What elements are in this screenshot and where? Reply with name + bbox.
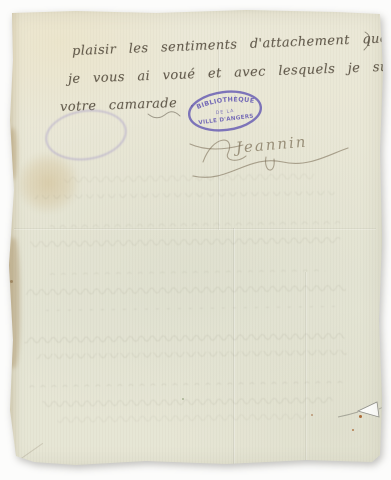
bottom-left-fold-line [5,443,43,470]
handwriting-line-2: je vous ai voué et avec lesquels je suis [68,59,391,87]
signature-text: Jeannin [232,133,308,157]
horizontal-crease [14,228,376,229]
rust-speck-1 [359,415,362,418]
handwriting-line-1: plaisir les sentiments d'attachement que [72,31,388,59]
flourish-after-camarade [148,112,180,118]
edge-speck [10,280,13,283]
vertical-crease-lower [233,228,234,465]
showthrough-lines [22,168,348,427]
letter-paper-shadow: plaisir les sentiments d'attachement que… [6,10,383,467]
rust-speck-2 [352,429,354,431]
left-edge-smudge-upper [7,128,17,180]
vertical-crease-right [305,272,306,466]
scanned-letter-background: plaisir les sentiments d'attachement que… [0,0,391,480]
signature: Jeannin [188,122,358,190]
stain-blob [16,152,80,214]
green-speck [182,398,184,400]
rust-speck-3 [311,414,313,416]
stamp-text-middle: DE LA [215,108,234,116]
left-edge-discoloration [6,10,21,467]
left-edge-smudge [6,238,20,368]
handwriting-line-3: votre camarade . [60,95,195,115]
letter-paper: plaisir les sentiments d'attachement que… [6,10,383,467]
paper-tear [338,402,383,417]
